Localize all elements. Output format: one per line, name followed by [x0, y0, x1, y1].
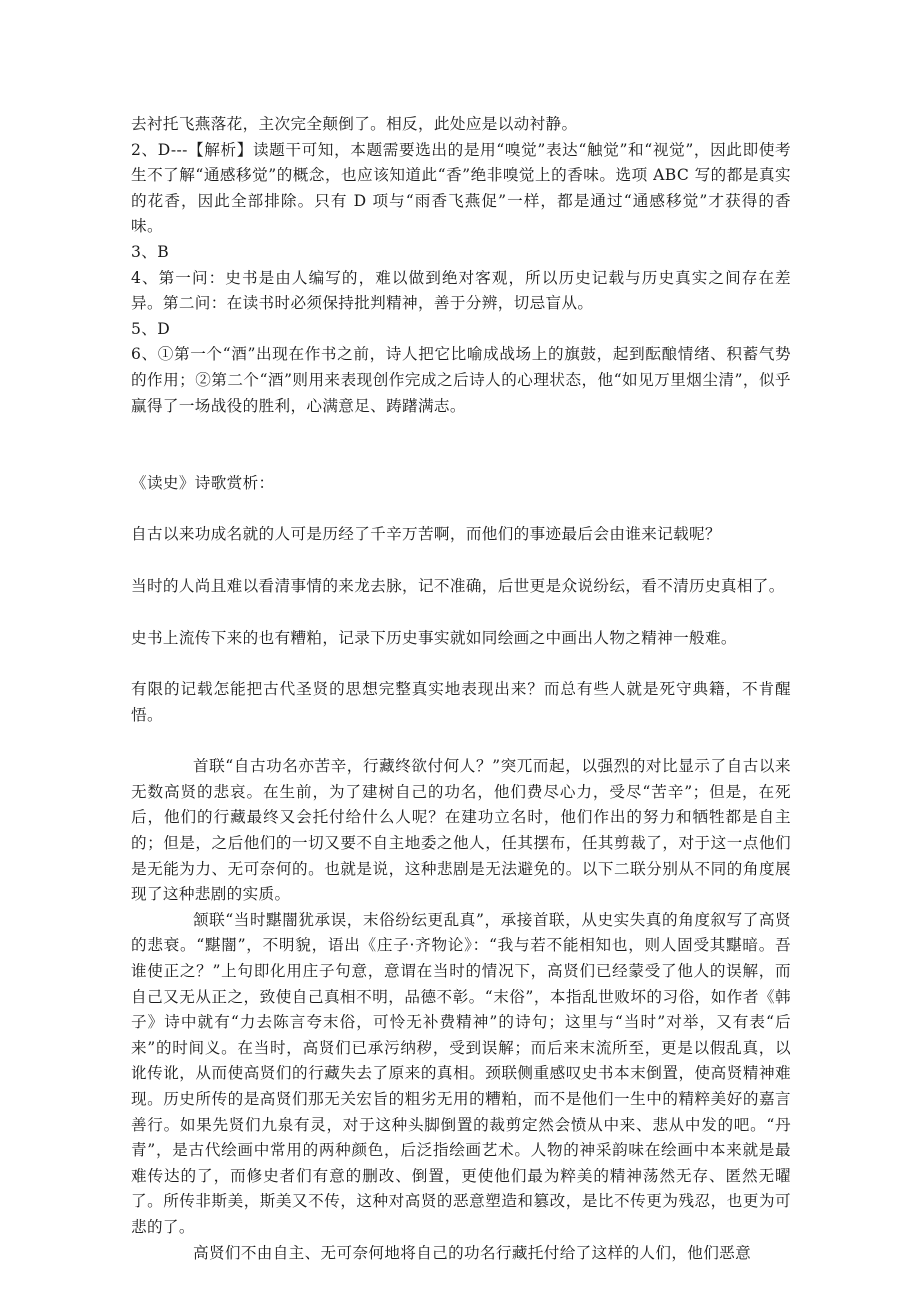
- answer-2: 2、D---【解析】读题干可知，本题需要选出的是用“嗅觉”表达“触觉”和“视觉”…: [131, 138, 791, 240]
- answer-6: 6、①第一个“酒”出现在作书之前，诗人把它比喻成战场上的旗鼓，起到酝酿情绪、积蓄…: [131, 342, 791, 419]
- translation-line-2: 当时的人尚且难以看清事情的来龙去脉，记不准确，后世更是众说纷纭，看不清历史真相了…: [131, 574, 791, 600]
- translation-line-3: 史书上流传下来的也有糟粕，记录下历史事实就如同绘画之中画出人物之精神一般难。: [131, 626, 791, 652]
- analysis-paragraph-2: 颔联“当时黮闇犹承误，末俗纷纭更乱真”，承接首联，从史实失真的角度叙写了高贤的悲…: [131, 908, 791, 1241]
- spacer: [131, 728, 791, 754]
- section-title: 《读史》诗歌赏析：: [131, 471, 791, 497]
- translation-line-1: 自古以来功成名就的人可是历经了千辛万苦啊，而他们的事迹最后会由谁来记载呢？: [131, 522, 791, 548]
- answer-paragraph-1-tail: 去衬托飞燕落花，主次完全颠倒了。相反，此处应是以动衬静。: [131, 112, 791, 138]
- spacer: [131, 600, 791, 626]
- answer-4: 4、第一问：史书是由人编写的，难以做到绝对客观，所以历史记载与历史真实之间存在差…: [131, 266, 791, 317]
- spacer: [131, 419, 791, 445]
- translation-line-4: 有限的记载怎能把古代圣贤的思想完整真实地表现出来？而总有些人就是死守典籍，不肯醒…: [131, 677, 791, 728]
- spacer: [131, 548, 791, 574]
- answer-3: 3、B: [131, 240, 791, 266]
- answer-5: 5、D: [131, 317, 791, 343]
- spacer: [131, 651, 791, 677]
- spacer: [131, 496, 791, 522]
- analysis-paragraph-1: 首联“自古功名亦苦辛，行藏终欲付何人？”突兀而起，以强烈的对比显示了自古以来无数…: [131, 754, 791, 908]
- spacer: [131, 445, 791, 471]
- document-page: 去衬托飞燕落花，主次完全颠倒了。相反，此处应是以动衬静。 2、D---【解析】读…: [131, 112, 791, 1266]
- analysis-paragraph-3: 高贤们不由自主、无可奈何地将自己的功名行藏托付给了这样的人们，他们恶意: [131, 1241, 791, 1267]
